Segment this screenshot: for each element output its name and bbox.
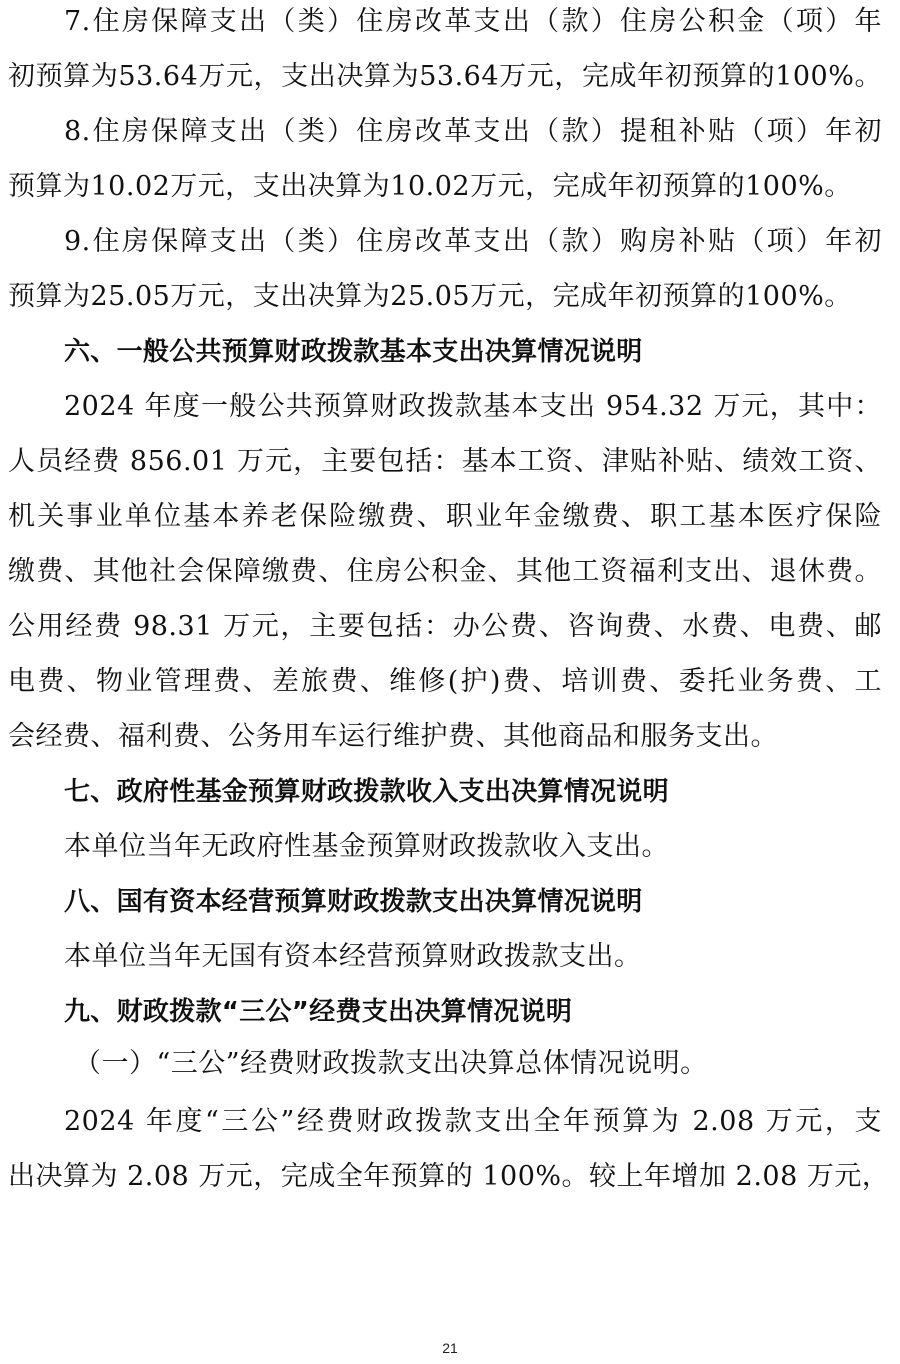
- item-9-line-1: 9.住房保障支出（类）住房改革支出（款）购房补贴（项）年初: [64, 222, 882, 262]
- section-9-line-1: 2024 年度“三公”经费财政拨款支出全年预算为 2.08 万元，支: [64, 1102, 882, 1142]
- section-6-heading: 六、一般公共预算财政拨款基本支出决算情况说明: [64, 332, 882, 372]
- section-6-line-2: 人员经费 856.01 万元，主要包括：基本工资、津贴补贴、绩效工资、: [8, 442, 882, 482]
- document-page: 7.住房保障支出（类）住房改革支出（款）住房公积金（项）年 初预算为53.64万…: [0, 0, 900, 1364]
- section-9-subheading: （一）“三公”经费财政拨款支出决算总体情况说明。: [74, 1044, 900, 1084]
- item-7-line-2: 初预算为53.64万元，支出决算为53.64万元，完成年初预算的100%。: [8, 57, 882, 97]
- section-6-line-1: 2024 年度一般公共预算财政拨款基本支出 954.32 万元，其中：: [64, 387, 882, 427]
- section-9-heading: 九、财政拨款“三公”经费支出决算情况说明: [64, 992, 882, 1032]
- page-number: 21: [0, 1340, 900, 1356]
- item-7-line-1: 7.住房保障支出（类）住房改革支出（款）住房公积金（项）年: [64, 2, 882, 42]
- section-6-line-6: 电费、物业管理费、差旅费、维修(护)费、培训费、委托业务费、工: [8, 662, 882, 702]
- section-9-line-2: 出决算为 2.08 万元，完成全年预算的 100%。较上年增加 2.08 万元，: [8, 1157, 882, 1197]
- section-7-heading: 七、政府性基金预算财政拨款收入支出决算情况说明: [64, 772, 882, 812]
- item-8-line-2: 预算为10.02万元，支出决算为10.02万元，完成年初预算的100%。: [8, 167, 882, 207]
- item-8-line-1: 8.住房保障支出（类）住房改革支出（款）提租补贴（项）年初: [64, 112, 882, 152]
- section-8-heading: 八、国有资本经营预算财政拨款支出决算情况说明: [64, 882, 882, 922]
- item-9-line-2: 预算为25.05万元，支出决算为25.05万元，完成年初预算的100%。: [8, 277, 882, 317]
- section-6-line-4: 缴费、其他社会保障缴费、住房公积金、其他工资福利支出、退休费。: [8, 552, 882, 592]
- section-6-line-7: 会经费、福利费、公务用车运行维护费、其他商品和服务支出。: [8, 717, 882, 757]
- section-7-body: 本单位当年无政府性基金预算财政拨款收入支出。: [64, 827, 882, 867]
- section-6-line-5: 公用经费 98.31 万元，主要包括：办公费、咨询费、水费、电费、邮: [8, 607, 882, 647]
- section-8-body: 本单位当年无国有资本经营预算财政拨款支出。: [64, 937, 882, 977]
- section-6-line-3: 机关事业单位基本养老保险缴费、职业年金缴费、职工基本医疗保险: [8, 497, 882, 537]
